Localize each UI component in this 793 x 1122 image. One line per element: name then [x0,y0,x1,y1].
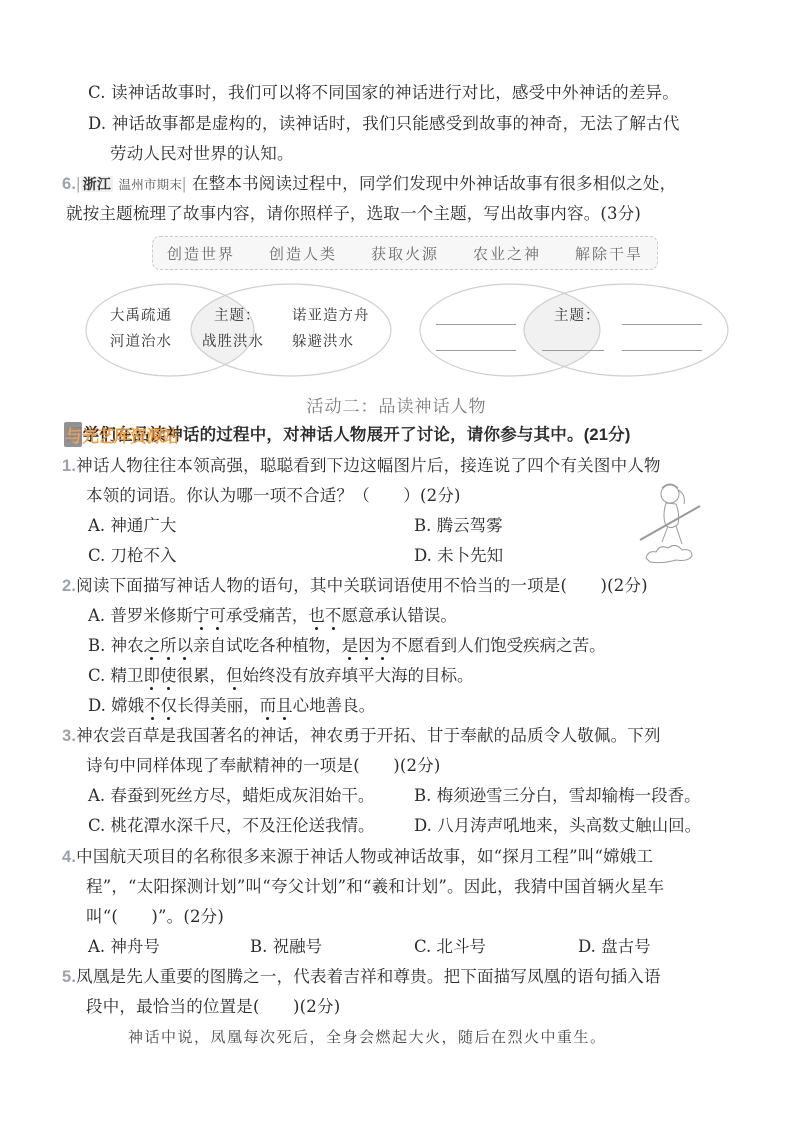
region-tag: 浙江 [81,176,113,192]
venn-left-text: 大禹疏通 [110,304,172,325]
q1-line2: 本领的词语。你认为哪一项不合适？（ ）(2分) [86,485,461,507]
answer-blank-center[interactable] [542,350,604,351]
question-number: 1. [62,457,76,475]
q4-option-d: D. 盘古号 [578,936,651,958]
q2-option-b: B. 神农之所以亲自试吃各种植物，是因为不愿看到人们饱受疾病之苦。 [88,635,606,657]
monkey-king-illustration-icon [632,478,712,568]
word-bank-item: 创造人类 [269,243,337,264]
example-venn-diagram: 大禹疏通 河道治水 主题： 战胜洪水 诺亚造方舟 躲避洪水 [84,282,394,378]
q5-line1: 5.凤凰是先人重要的图腾之一，代表着吉祥和尊贵。把下面描写凤凰的语句插入语 [62,966,661,988]
watermark-logo-icon: 与 [64,422,82,447]
q2-option-a: A. 普罗米修斯宁可承受痛苦，也不愿意承认错误。 [88,605,457,627]
venn-center-label: 主题： [554,304,601,325]
q3-option-d: D. 八月涛声吼地来，头高数丈触山回。 [414,815,701,837]
q4-line1: 4.中国航天项目的名称很多来源于神话人物或神话故事，如“探月工程”叫“嫦娥工 [62,846,653,868]
prev-option-c: C. 读神话故事时，我们可以将不同国家的神话进行对比，感受中外神话的差异。 [88,82,679,104]
blank-venn-diagram: 主题： [418,282,730,378]
q5-quote: 神话中说，凤凰每次死后，全身会燃起大火，随后在烈火中重生。 [128,1026,607,1048]
answer-blank-right-2[interactable] [622,350,702,351]
question-number: 3. [62,727,76,745]
answer-blank-left-1[interactable] [436,324,516,325]
prev-option-d-line2: 劳动人民对世界的认知。 [110,143,294,165]
tag-divider: | [76,175,81,193]
q5-line2: 段中，最恰当的位置是( )(2分) [86,996,340,1018]
q4-line3: 叫“( )”。(2分) [86,906,224,928]
question-number: 4. [62,848,76,866]
q2-option-c: C. 精卫即使很累，但始终没有放弃填平大海的目标。 [88,665,474,687]
q5-text: 凤凰是先人重要的图腾之一，代表着吉祥和尊贵。把下面描写凤凰的语句插入语 [76,967,661,986]
q4-text: 中国航天项目的名称很多来源于神话人物或神话故事，如“探月工程”叫“嫦娥工 [76,847,653,866]
tag-divider: | [182,175,187,193]
q3-line1: 3.神农尝百草是我国著名的神话，神农勇于开拓、甘于奉献的品质令人敬佩。下列 [62,725,661,747]
source-tag: 温州市期末 [119,178,183,192]
venn-ellipses-icon [418,282,730,378]
watermark: 与光艺库资源站 [64,422,178,447]
q2-line1: 2.阅读下面描写神话人物的语句，其中关联词语使用不恰当的一项是( )(2分) [62,575,648,597]
venn-center-label: 主题： [214,304,261,325]
answer-blank-left-2[interactable] [436,350,516,351]
q3-text: 神农尝百草是我国著名的神话，神农勇于开拓、甘于奉献的品质令人敬佩。下列 [76,726,661,745]
q6-line2: 就按主题梳理了故事内容，请你照样子，选取一个主题，写出故事内容。(3分) [66,203,641,225]
q4-option-b: B. 祝融号 [250,936,322,958]
q6-text-1: 在整本书阅读过程中，同学们发现中外神话故事有很多相似之处， [192,174,676,193]
q4-option-a: A. 神舟号 [88,936,160,958]
venn-right-text: 躲避洪水 [292,330,354,351]
q3-option-c: C. 桃花潭水深千尺，不及汪伦送我情。 [88,815,375,837]
q3-line2: 诗句中同样体现了奉献精神的一项是( )(2分) [86,755,441,777]
q1-option-a: A. 神通广大 [88,515,176,537]
word-bank-item: 创造世界 [167,243,235,264]
q1-option-d: D. 未卜先知 [414,545,503,567]
word-bank-item: 解除干旱 [575,243,643,264]
q3-option-a: A. 春蚕到死丝方尽，蜡炬成灰泪始干。 [88,785,374,807]
venn-left-text: 河道治水 [110,330,172,351]
q3-option-b: B. 梅须逊雪三分白，雪却输梅一段香。 [414,785,701,807]
venn-center-value: 战胜洪水 [202,330,264,351]
q1-option-c: C. 刀枪不入 [88,545,177,567]
question-number: 2. [62,577,76,595]
watermark-text: 光艺库资源站 [82,427,178,446]
question-number: 6. [62,175,76,193]
q1-option-b: B. 腾云驾雾 [414,515,503,537]
q1-line1: 1.神话人物往往本领高强，聪聪看到下边这幅图片后，接连说了四个有关图中人物 [62,455,661,477]
prev-option-d-line1: D. 神话故事都是虚构的，读神话时，我们只能感受到故事的神奇，无法了解古代 [88,113,680,135]
word-bank: 创造世界 创造人类 获取火源 农业之神 解除干旱 [152,236,658,270]
activity-heading: 活动二：品读神话人物 [0,392,793,417]
word-bank-item: 农业之神 [473,243,541,264]
q6-line1: 6.|浙江 温州市期末| 在整本书阅读过程中，同学们发现中外神话故事有很多相似之… [62,173,676,196]
q4-line2: 程”，“太阳探测计划”叫“夸父计划”和“羲和计划”。因此，我猜中国首辆火星车 [86,876,664,898]
venn-right-text: 诺亚造方舟 [292,304,370,325]
question-number: 5. [62,968,76,986]
word-bank-item: 获取火源 [371,243,439,264]
q4-option-c: C. 北斗号 [414,936,486,958]
q2-option-d: D. 嫦娥不仅长得美丽，而且心地善良。 [88,695,375,717]
answer-blank-right-1[interactable] [622,324,702,325]
q1-text: 神话人物往往本领高强，聪聪看到下边这幅图片后，接连说了四个有关图中人物 [76,456,661,475]
q2-text: 阅读下面描写神话人物的语句，其中关联词语使用不恰当的一项是( )(2分) [76,576,648,595]
